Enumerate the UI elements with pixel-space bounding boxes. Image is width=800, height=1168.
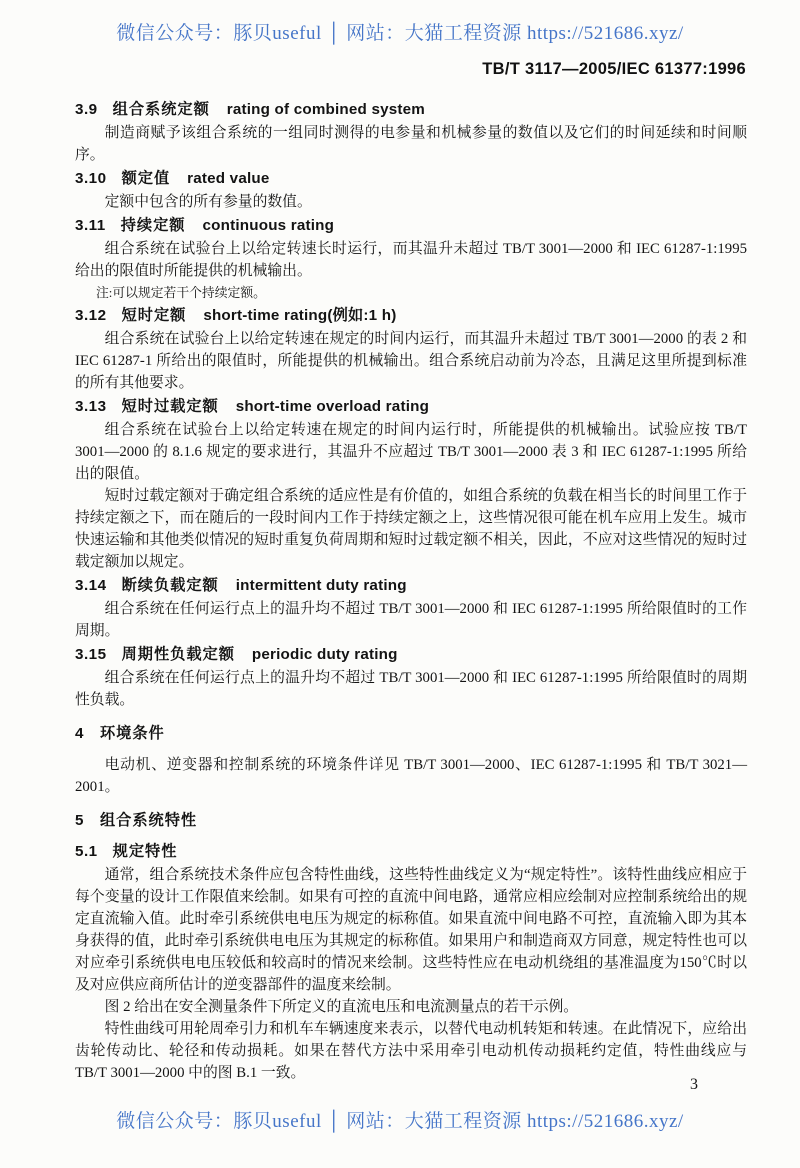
section-heading-num: 3.15 [75, 646, 107, 663]
section-heading-en: rated value [187, 170, 269, 187]
section-heading-num: 3.10 [75, 170, 107, 187]
section-heading: 3.10额定值rated value [75, 168, 747, 190]
paragraph: 通常，组合系统技术条件应包含特性曲线，这些特性曲线定义为“规定特性”。该特性曲线… [75, 864, 747, 996]
section-heading-en: intermittent duty rating [236, 577, 407, 594]
paragraph: 组合系统在试验台上以给定转速长时运行，而其温升未超过 TB/T 3001—200… [75, 238, 747, 282]
section-heading: 3.9组合系统定额rating of combined system [75, 99, 747, 121]
paragraph: 制造商赋予该组合系统的一组同时测得的电参量和机械参量的数值以及它们的时间延续和时… [75, 122, 747, 166]
paragraph: 组合系统在任何运行点上的温升均不超过 TB/T 3001—2000 和 IEC … [75, 598, 747, 642]
section-heading-num: 3.13 [75, 398, 107, 415]
section-heading-num: 3.12 [75, 307, 107, 324]
section-heading: 3.12短时定额short-time rating(例如:1 h) [75, 305, 747, 327]
page-number: 3 [690, 1076, 698, 1094]
section-heading-en: short-time rating(例如:1 h) [203, 307, 396, 324]
chapter-heading-num: 4 [75, 725, 84, 742]
section-heading: 3.14断续负载定额intermittent duty rating [75, 575, 747, 597]
chapter-heading-num: 5 [75, 812, 84, 829]
chapter-heading: 4环境条件 [75, 723, 747, 745]
paragraph: 图 2 给出在安全测量条件下所定义的直流电压和电流测量点的若干示例。 [75, 996, 747, 1018]
section-heading-zh: 额定值 [122, 170, 171, 187]
section-heading-zh: 短时定额 [122, 307, 187, 324]
section-heading-en: periodic duty rating [252, 646, 398, 663]
section-heading: 3.15周期性负载定额periodic duty rating [75, 644, 747, 666]
section-heading: 5.1规定特性 [75, 841, 747, 863]
note-text: 注:可以规定若干个持续定额。 [75, 283, 747, 303]
paragraph: 特性曲线可用轮周牵引力和机车车辆速度来表示，以替代电动机转矩和转速。在此情况下，… [75, 1018, 747, 1084]
section-heading-zh: 持续定额 [121, 217, 186, 234]
chapter-heading-zh: 环境条件 [100, 725, 165, 742]
paragraph: 组合系统在试验台上以给定转速在规定的时间内运行时，所能提供的机械输出。试验应按 … [75, 419, 747, 485]
section-heading-zh: 短时过载定额 [122, 398, 219, 415]
doc-number: TB/T 3117—2005/IEC 61377:1996 [482, 60, 746, 79]
section-heading-num: 3.9 [75, 101, 98, 118]
section-heading: 3.13短时过载定额short-time overload rating [75, 396, 747, 418]
section-heading-en: short-time overload rating [236, 398, 429, 415]
document-page: 微信公众号：豚贝useful │ 网站：大猫工程资源 https://52168… [0, 0, 800, 1168]
section-heading-zh: 断续负载定额 [122, 577, 219, 594]
section-heading-zh: 组合系统定额 [113, 101, 210, 118]
section-heading-en: rating of combined system [227, 101, 425, 118]
paragraph: 定额中包含的所有参量的数值。 [75, 191, 747, 213]
section-heading-zh: 规定特性 [113, 843, 178, 860]
document-body: 3.9组合系统定额rating of combined system制造商赋予该… [75, 97, 747, 1084]
section-heading-num: 3.14 [75, 577, 107, 594]
section-heading-num: 3.11 [75, 217, 106, 234]
paragraph: 组合系统在任何运行点上的温升均不超过 TB/T 3001—2000 和 IEC … [75, 667, 747, 711]
paragraph: 组合系统在试验台上以给定转速在规定的时间内运行，而其温升未超过 TB/T 300… [75, 328, 747, 394]
footer-watermark: 微信公众号：豚贝useful │ 网站：大猫工程资源 https://52168… [0, 1106, 800, 1133]
chapter-heading-zh: 组合系统特性 [100, 812, 197, 829]
section-heading-en: continuous rating [202, 217, 334, 234]
chapter-heading: 5组合系统特性 [75, 810, 747, 832]
paragraph: 电动机、逆变器和控制系统的环境条件详见 TB/T 3001—2000、IEC 6… [75, 754, 747, 798]
section-heading-zh: 周期性负载定额 [122, 646, 235, 663]
header-watermark: 微信公众号：豚贝useful │ 网站：大猫工程资源 https://52168… [0, 18, 800, 45]
section-heading: 3.11持续定额continuous rating [75, 215, 747, 237]
section-heading-num: 5.1 [75, 843, 98, 860]
paragraph: 短时过载定额对于确定组合系统的适应性是有价值的，如组合系统的负载在相当长的时间里… [75, 485, 747, 573]
